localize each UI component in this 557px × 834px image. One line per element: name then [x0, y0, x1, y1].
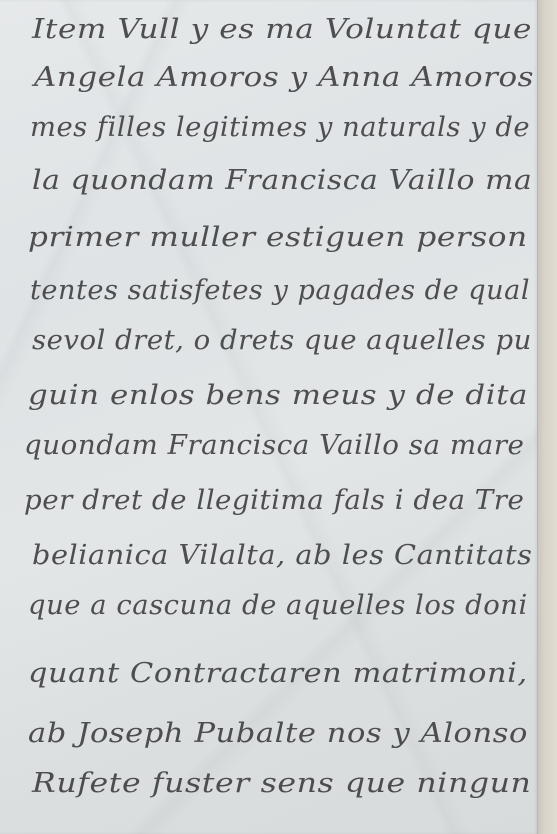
text-line-1: Item Vull y es ma Voluntat que	[32, 14, 532, 45]
text-line-12: que a cascuna de aquelles los doni	[28, 590, 528, 621]
text-line-2: Angela Amoros y Anna Amoros	[34, 62, 534, 93]
text-line-8: guin enlos bens meus y de dita	[28, 380, 528, 411]
text-line-4: la quondam Francisca Vaillo ma	[32, 165, 532, 196]
text-line-10: per dret de llegitima fals i dea Tre	[24, 485, 524, 516]
text-line-7: sevol dret, o drets que aquelles pu	[32, 325, 532, 356]
text-line-5: primer muller estiguen person	[28, 222, 528, 253]
text-line-14: ab Joseph Pubalte nos y Alonso	[28, 718, 528, 749]
page-edge	[537, 0, 557, 834]
text-line-3: mes filles legitimes y naturals y de	[30, 112, 530, 143]
text-line-11: belianica Vilalta, ab les Cantitats	[32, 540, 532, 571]
text-line-15: Rufete fuster sens que ningun	[32, 768, 531, 799]
text-line-13: quant Contractaren matrimoni,	[28, 658, 528, 689]
text-line-9: quondam Francisca Vaillo sa mare	[24, 430, 524, 461]
text-line-6: tentes satisfetes y pagades de qual	[30, 275, 530, 306]
manuscript-page: Item Vull y es ma Voluntat que Angela Am…	[0, 0, 538, 834]
